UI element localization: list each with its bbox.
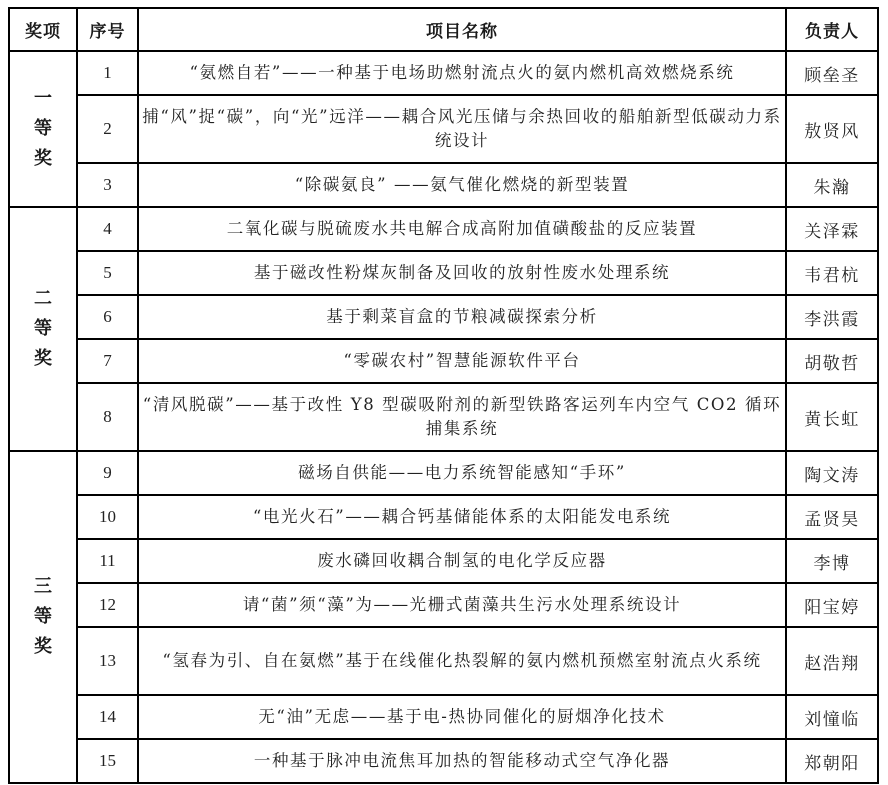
- row-number: 3: [77, 163, 138, 207]
- project-owner: 赵浩翔: [786, 627, 878, 695]
- table-row: 11 废水磷回收耦合制氢的电化学反应器 李博: [9, 539, 878, 583]
- project-owner: 朱瀚: [786, 163, 878, 207]
- awards-table: 奖项 序号 项目名称 负责人 一等奖 1 “氨燃自若”——一种基于电场助燃射流点…: [8, 7, 879, 784]
- row-number: 1: [77, 51, 138, 95]
- project-title: 无“油”无虑——基于电-热协同催化的厨烟净化技术: [138, 695, 786, 739]
- row-number: 2: [77, 95, 138, 163]
- award-first-prize: 一等奖: [9, 51, 77, 207]
- project-owner: 郑朝阳: [786, 739, 878, 783]
- table-row: 一等奖 1 “氨燃自若”——一种基于电场助燃射流点火的氨内燃机高效燃烧系统 顾垒…: [9, 51, 878, 95]
- project-title: “氨燃自若”——一种基于电场助燃射流点火的氨内燃机高效燃烧系统: [138, 51, 786, 95]
- row-number: 8: [77, 383, 138, 451]
- table-row: 14 无“油”无虑——基于电-热协同催化的厨烟净化技术 刘憧临: [9, 695, 878, 739]
- project-title: 捕“风”捉“碳”，向“光”远洋——耦合风光压储与余热回收的船舶新型低碳动力系统设…: [138, 95, 786, 163]
- row-number: 5: [77, 251, 138, 295]
- row-number: 12: [77, 583, 138, 627]
- project-title: 磁场自供能——电力系统智能感知“手环”: [138, 451, 786, 495]
- award-label: 一等奖: [10, 84, 76, 174]
- project-owner: 黄长虹: [786, 383, 878, 451]
- header-number: 序号: [77, 8, 138, 51]
- project-title: “零碳农村”智慧能源软件平台: [138, 339, 786, 383]
- award-label: 二等奖: [10, 284, 76, 374]
- row-number: 9: [77, 451, 138, 495]
- project-title: 二氧化碳与脱硫废水共电解合成高附加值磺酸盐的反应装置: [138, 207, 786, 251]
- project-owner: 刘憧临: [786, 695, 878, 739]
- project-owner: 阳宝婷: [786, 583, 878, 627]
- table-row: 三等奖 9 磁场自供能——电力系统智能感知“手环” 陶文涛: [9, 451, 878, 495]
- project-owner: 李博: [786, 539, 878, 583]
- table-row: 二等奖 4 二氧化碳与脱硫废水共电解合成高附加值磺酸盐的反应装置 关泽霖: [9, 207, 878, 251]
- table-row: 2 捕“风”捉“碳”，向“光”远洋——耦合风光压储与余热回收的船舶新型低碳动力系…: [9, 95, 878, 163]
- project-title: “电光火石”——耦合钙基储能体系的太阳能发电系统: [138, 495, 786, 539]
- table-row: 5 基于磁改性粉煤灰制备及回收的放射性废水处理系统 韦君杭: [9, 251, 878, 295]
- project-owner: 顾垒圣: [786, 51, 878, 95]
- header-project-name: 项目名称: [138, 8, 786, 51]
- project-title: 基于剩菜盲盒的节粮减碳探索分析: [138, 295, 786, 339]
- row-number: 6: [77, 295, 138, 339]
- project-owner: 孟贤昊: [786, 495, 878, 539]
- project-title: “氢春为引、自在氨燃”基于在线催化热裂解的氨内燃机预燃室射流点火系统: [138, 627, 786, 695]
- project-title: 废水磷回收耦合制氢的电化学反应器: [138, 539, 786, 583]
- header-row: 奖项 序号 项目名称 负责人: [9, 8, 878, 51]
- project-title: 请“菌”须“藻”为——光栅式菌藻共生污水处理系统设计: [138, 583, 786, 627]
- row-number: 4: [77, 207, 138, 251]
- row-number: 7: [77, 339, 138, 383]
- award-label: 三等奖: [10, 572, 76, 662]
- row-number: 10: [77, 495, 138, 539]
- table-row: 8 “清风脱碳”——基于改性 Y8 型碳吸附剂的新型铁路客运列车内空气 CO2 …: [9, 383, 878, 451]
- table-row: 12 请“菌”须“藻”为——光栅式菌藻共生污水处理系统设计 阳宝婷: [9, 583, 878, 627]
- table-row: 3 “除碳氨良” ——氨气催化燃烧的新型装置 朱瀚: [9, 163, 878, 207]
- project-owner: 敖贤风: [786, 95, 878, 163]
- table-row: 15 一种基于脉冲电流焦耳加热的智能移动式空气净化器 郑朝阳: [9, 739, 878, 783]
- project-owner: 胡敬哲: [786, 339, 878, 383]
- project-title: 一种基于脉冲电流焦耳加热的智能移动式空气净化器: [138, 739, 786, 783]
- project-title: “除碳氨良” ——氨气催化燃烧的新型装置: [138, 163, 786, 207]
- table-row: 13 “氢春为引、自在氨燃”基于在线催化热裂解的氨内燃机预燃室射流点火系统 赵浩…: [9, 627, 878, 695]
- project-owner: 韦君杭: [786, 251, 878, 295]
- project-title: “清风脱碳”——基于改性 Y8 型碳吸附剂的新型铁路客运列车内空气 CO2 循环…: [138, 383, 786, 451]
- table-row: 6 基于剩菜盲盒的节粮减碳探索分析 李洪霞: [9, 295, 878, 339]
- row-number: 15: [77, 739, 138, 783]
- table-row: 7 “零碳农村”智慧能源软件平台 胡敬哲: [9, 339, 878, 383]
- row-number: 13: [77, 627, 138, 695]
- award-third-prize: 三等奖: [9, 451, 77, 783]
- project-title: 基于磁改性粉煤灰制备及回收的放射性废水处理系统: [138, 251, 786, 295]
- header-award: 奖项: [9, 8, 77, 51]
- row-number: 11: [77, 539, 138, 583]
- project-owner: 关泽霖: [786, 207, 878, 251]
- project-owner: 李洪霞: [786, 295, 878, 339]
- project-owner: 陶文涛: [786, 451, 878, 495]
- table-row: 10 “电光火石”——耦合钙基储能体系的太阳能发电系统 孟贤昊: [9, 495, 878, 539]
- award-second-prize: 二等奖: [9, 207, 77, 451]
- header-owner: 负责人: [786, 8, 878, 51]
- row-number: 14: [77, 695, 138, 739]
